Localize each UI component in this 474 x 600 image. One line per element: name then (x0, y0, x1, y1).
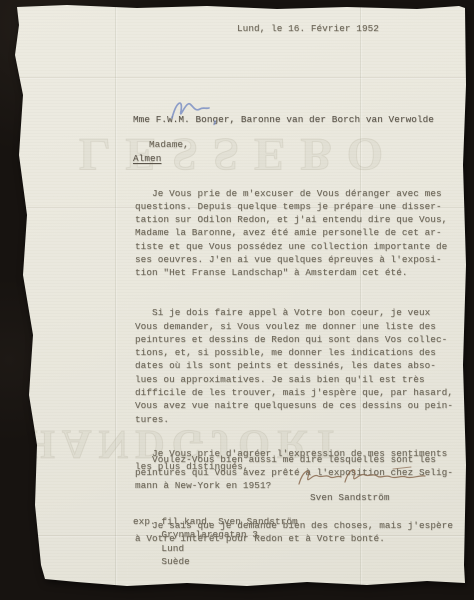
paragraph-1: Je Vous prie de m'excuser de Vous dérang… (135, 187, 455, 280)
blue-pencil-check-icon (168, 91, 224, 127)
fold-crease-horizontal-top (7, 77, 467, 78)
scanned-letter: LESSEBO HANDGJORT Lund, le 16. Février 1… (0, 0, 474, 600)
paper-shadow: LESSEBO HANDGJORT Lund, le 16. Février 1… (0, 0, 474, 600)
salutation: Madame, (149, 138, 189, 151)
typed-signature: Sven Sandström (310, 491, 390, 504)
letter-body: Je Vous prie de m'excuser de Vous dérang… (135, 160, 455, 572)
paper-sheet: LESSEBO HANDGJORT Lund, le 16. Février 1… (7, 5, 467, 587)
handwritten-signature (293, 460, 431, 494)
dateline: Lund, le 16. Février 1952 (237, 22, 379, 35)
paragraph-2: Si je dois faire appel à Votre bon coeur… (135, 306, 455, 426)
sender-address: exp. fil.kand. Sven Sandström Grynmalare… (133, 515, 298, 568)
fold-crease-vertical-left (115, 5, 116, 587)
